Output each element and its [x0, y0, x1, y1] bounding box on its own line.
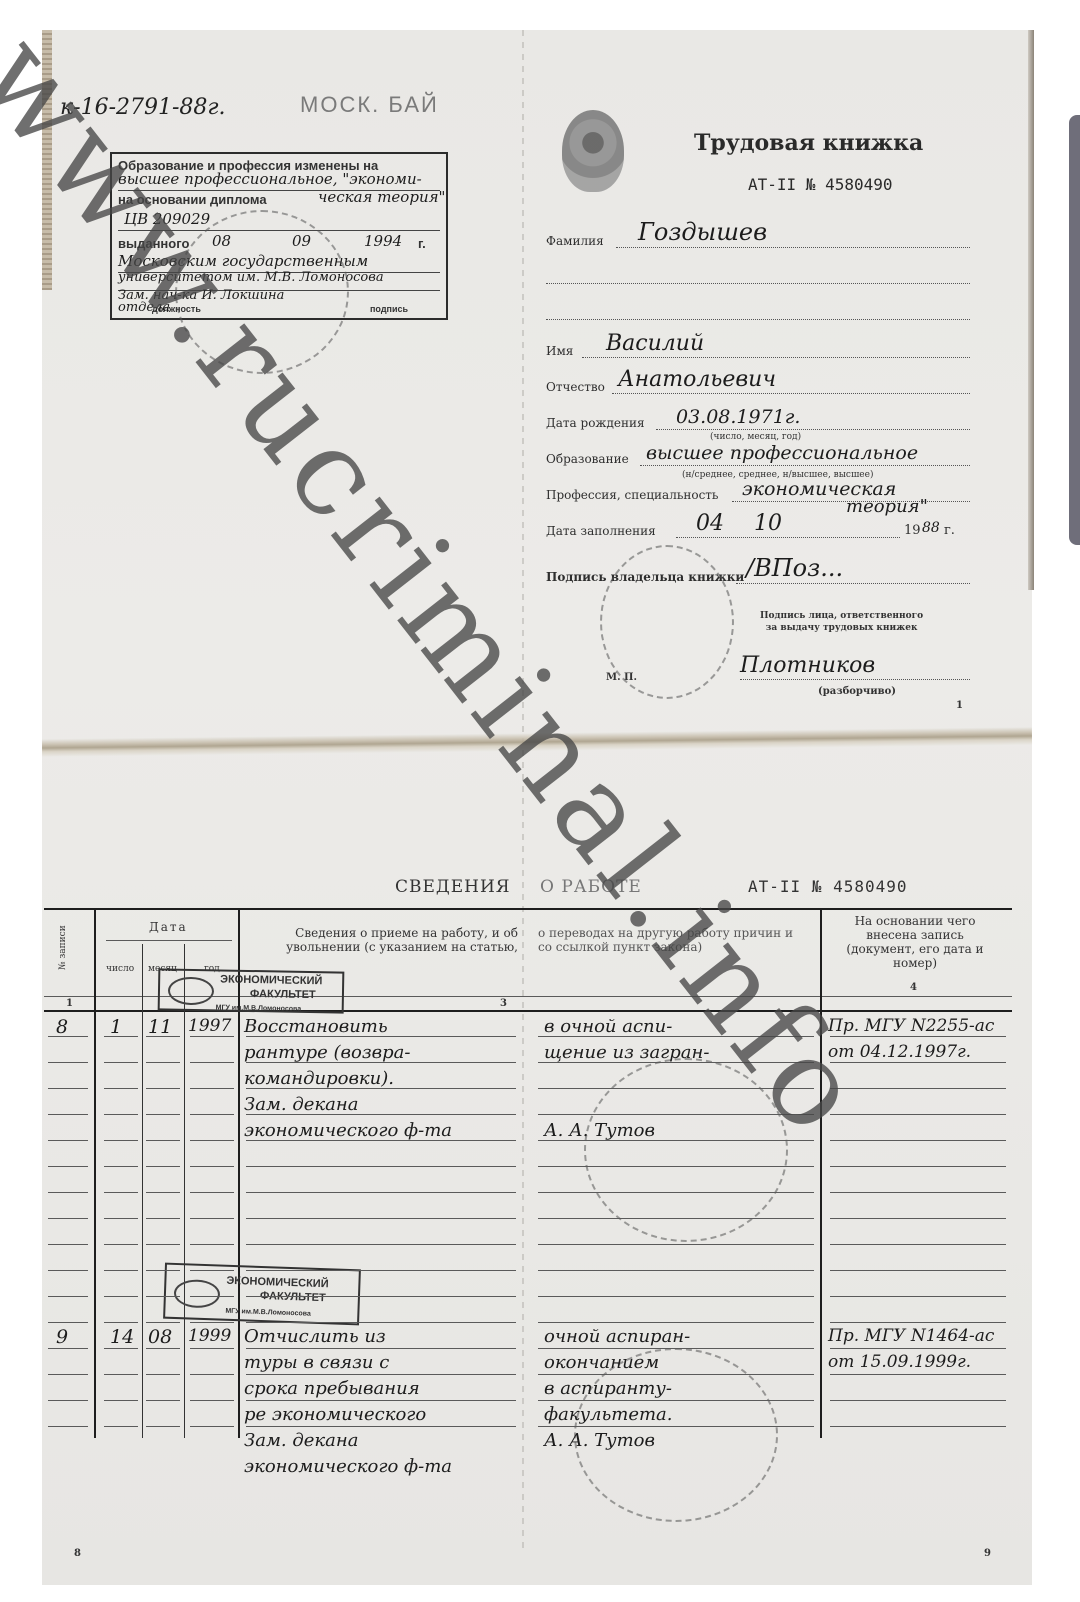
- record-month: 11: [148, 1016, 172, 1038]
- responsible-person-label: Подпись лица, ответственного за выдачу т…: [760, 610, 923, 634]
- birth-date-label: Дата рождения: [546, 416, 645, 430]
- surname-extra-line: [546, 262, 970, 286]
- education-label: Образование: [546, 452, 629, 466]
- book-title: Трудовая книжка: [694, 130, 923, 156]
- record-text-right: А. А. Тутов: [544, 1120, 655, 1141]
- fill-date-day: 04: [696, 511, 724, 536]
- record-text-left: командировки).: [244, 1068, 394, 1089]
- record-text-left: срока пребывания: [244, 1378, 420, 1399]
- faculty-stamp-line-1: ЭКОНОМИЧЕСКИЙ: [226, 1275, 329, 1292]
- surname-extra-line: [546, 298, 970, 322]
- faculty-stamp-line-3: МГУ им.М.В.Ломоносова: [225, 1305, 311, 1321]
- record-text-left: рантуре (возвра-: [244, 1042, 410, 1063]
- page-number-right: 9: [984, 1548, 991, 1559]
- col-number-4: 4: [910, 982, 917, 993]
- surname-value: Гоздышев: [638, 218, 767, 246]
- page-number: 1: [956, 700, 963, 711]
- round-seal-stamp: [175, 210, 349, 374]
- birth-date-value: 03.08.1971г.: [676, 406, 800, 428]
- record-text-right: очной аспиран-: [544, 1326, 690, 1347]
- scrollbar[interactable]: [1069, 115, 1080, 545]
- issued-year: 1994: [364, 232, 402, 250]
- responsible-signature-field: Плотников: [740, 658, 970, 682]
- record-basis: от 04.12.1997г.: [828, 1042, 971, 1062]
- record-text-right: окончанием: [544, 1352, 659, 1373]
- section-title-left: СВЕДЕНИЯ: [395, 877, 511, 897]
- paper-edge: [1028, 30, 1034, 590]
- faculty-stamp-line-3: МГУ им.М.В.Ломоносова: [216, 1001, 302, 1015]
- section-title-right: О РАБОТЕ: [540, 877, 642, 897]
- record-text-left: Восстановить: [244, 1016, 388, 1037]
- record-day: 1: [110, 1016, 122, 1038]
- record-number: 8: [56, 1016, 68, 1038]
- paper-edge: [42, 30, 52, 290]
- ussr-emblem-icon: [562, 110, 624, 192]
- faculty-stamp-line-1: ЭКОНОМИЧЕСКИЙ: [220, 973, 322, 988]
- reference-number: к-16-2791-88г.: [60, 95, 226, 120]
- faculty-stamp-line-2: ФАКУЛЬТЕТ: [250, 988, 316, 1002]
- record-basis: Пр. МГУ N2255-ас: [828, 1016, 994, 1036]
- record-basis: Пр. МГУ N1464-ас: [828, 1326, 994, 1346]
- name-value: Василий: [606, 331, 704, 356]
- year-suffix: г.: [418, 236, 426, 251]
- record-text-left: Отчислить из: [244, 1326, 386, 1347]
- patronymic-value: Анатольевич: [618, 367, 776, 392]
- legible-hint: (разборчиво): [818, 686, 896, 697]
- record-text-left: экономического ф-та: [244, 1120, 452, 1141]
- col-basis: На основании чего внесена запись (докуме…: [830, 914, 1000, 970]
- round-seal-stamp: [584, 1058, 788, 1242]
- record-year: 1997: [188, 1016, 231, 1036]
- record-text-right: щение из загран-: [544, 1042, 709, 1063]
- responsible-label-line-2: за выдачу трудовых книжек: [760, 622, 923, 634]
- faculty-stamp-line-2: ФАКУЛЬТЕТ: [260, 1290, 326, 1305]
- col-number-3: 3: [500, 998, 507, 1009]
- name-label: Имя: [546, 344, 573, 358]
- diploma-number: ЦВ 209029: [124, 210, 210, 228]
- fill-date-field: Дата заполнения 04 10 19 88 г.: [546, 516, 970, 540]
- record-basis: от 15.09.1999г.: [828, 1352, 971, 1372]
- fill-date-g: г.: [944, 523, 955, 538]
- record-text-left: экономического ф-та: [244, 1456, 452, 1477]
- col-record-no: № записи: [58, 925, 68, 970]
- patronymic-label: Отчество: [546, 380, 605, 394]
- book-series-number: АТ-II № 4580490: [748, 175, 893, 194]
- birth-date-hint: (число, месяц, год): [710, 432, 801, 442]
- records-series-number: АТ-II № 4580490: [748, 877, 908, 896]
- record-number: 9: [56, 1326, 68, 1348]
- surname-label: Фамилия: [546, 234, 604, 248]
- col-day: число: [106, 964, 134, 974]
- page-number-left: 8: [74, 1548, 81, 1559]
- record-text-left: Зам. декана: [244, 1430, 358, 1451]
- col-info-right: о переводах на другую работу причин и со…: [538, 926, 808, 954]
- fill-date-label: Дата заполнения: [546, 524, 656, 538]
- issued-label: выданного: [118, 236, 189, 251]
- col-date: Дата: [149, 920, 188, 934]
- record-text-left: туры в связи с: [244, 1352, 389, 1373]
- responsible-signature: Плотников: [740, 653, 875, 678]
- surname-field: Фамилия Гоздышев: [546, 226, 970, 250]
- new-education-value: высшее профессиональное, "экономи-: [118, 170, 422, 188]
- record-month: 08: [148, 1326, 172, 1348]
- owner-signature: /ВПоз...: [746, 554, 843, 582]
- patronymic-field: Отчество Анатольевич: [546, 372, 970, 396]
- basis-label: на основании диплома: [118, 192, 267, 207]
- col-number-1: 1: [66, 998, 73, 1009]
- profession-value-cont: теория": [846, 496, 928, 517]
- faculty-stamp: ЭКОНОМИЧЕСКИЙ ФАКУЛЬТЕТ МГУ им.М.В.Ломон…: [158, 968, 345, 1013]
- record-text-left: Зам. декана: [244, 1094, 358, 1115]
- profession-label: Профессия, специальность: [546, 488, 718, 502]
- round-seal-stamp: [600, 545, 734, 699]
- fill-date-year-prefix: 19: [904, 523, 921, 538]
- signature-label: подпись: [370, 304, 408, 314]
- faculty-stamp: ЭКОНОМИЧЕСКИЙ ФАКУЛЬТЕТ МГУ им.М.В.Ломон…: [163, 1263, 361, 1326]
- record-text-right: в аспиранту-: [544, 1378, 672, 1399]
- record-text-right: факультета.: [544, 1404, 673, 1425]
- reference-stamp: МОСК. БАЙ: [300, 92, 439, 118]
- education-field: Образование высшее профессиональное: [546, 444, 970, 468]
- record-day: 14: [110, 1326, 134, 1348]
- official-line-2: отдела: [118, 300, 170, 315]
- work-records-table: № записи Дата число месяц год Сведения о…: [44, 908, 1012, 1438]
- col-info-left: Сведения о приеме на работу, и об увольн…: [274, 926, 518, 954]
- record-year: 1999: [188, 1326, 231, 1346]
- responsible-label-line-1: Подпись лица, ответственного: [760, 610, 923, 622]
- fill-date-month: 10: [754, 511, 782, 536]
- record-text-right: А. А. Тутов: [544, 1430, 655, 1451]
- basis-value: ческая теория": [318, 188, 445, 206]
- record-text-left: ре экономического: [244, 1404, 426, 1425]
- record-text-right: в очной аспи-: [544, 1016, 672, 1037]
- name-field: Имя Василий: [546, 336, 970, 360]
- education-value: высшее профессиональное: [646, 442, 918, 464]
- fill-date-year-suffix: 88: [922, 520, 940, 536]
- birth-date-field: Дата рождения 03.08.1971г.: [546, 408, 970, 432]
